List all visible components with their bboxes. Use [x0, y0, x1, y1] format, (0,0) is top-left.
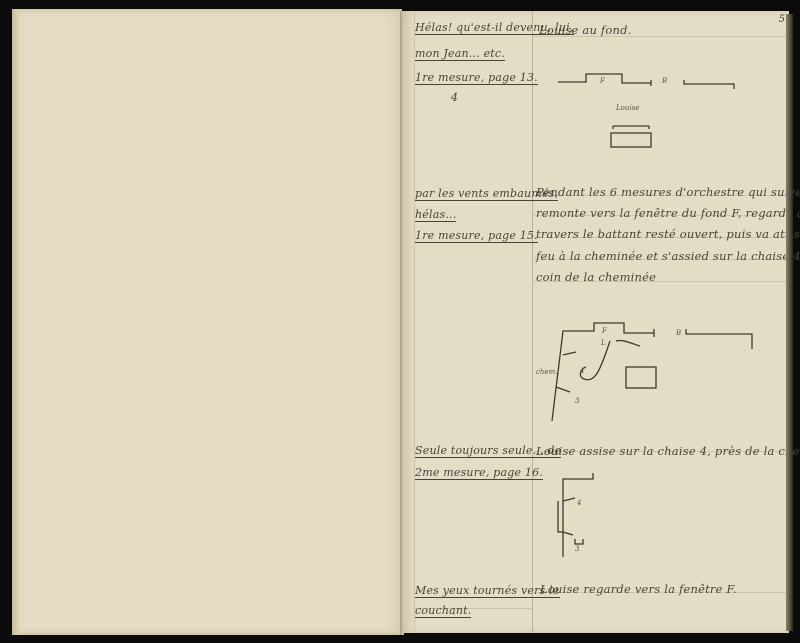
stage-direction: feu à la cheminée et s'assied sur la cha…: [536, 249, 800, 263]
stage-direction: Pendant les 6 mesures d'orchestre qui su…: [536, 185, 800, 199]
chair-3-label: 3: [575, 397, 580, 405]
left-page: [12, 9, 402, 635]
window-label: F: [601, 327, 608, 335]
cue-line: Mes yeux tournés vers le: [415, 584, 560, 598]
figure-label: Louise: [615, 104, 639, 112]
stage-diagram-1: F B Louise: [558, 73, 758, 153]
stage-diagram-3: 4 3: [553, 477, 613, 557]
cue-note: 4: [451, 91, 458, 104]
stage-direction: Louise regarde vers la fenêtre F.: [540, 582, 737, 596]
cue-line: mon Jean... etc.: [415, 47, 505, 61]
chair-4-label: 4: [579, 367, 584, 375]
stage-diagram-2: F B L 4 3 chem.: [540, 311, 770, 421]
cue-line: 1re mesure, page 13.: [415, 71, 538, 85]
position-label: L: [600, 339, 606, 347]
fireplace-label: chem.: [536, 368, 557, 376]
page-stack-edge: [786, 14, 793, 631]
page-number: 5: [779, 14, 785, 25]
stage-direction: travers le battant resté ouvert, puis va…: [536, 227, 800, 241]
stage-direction: Louise assise sur la chaise 4, près de l…: [536, 444, 800, 458]
right-page: 5 Hélas! qu'est-il devenu, lui, mon Jean…: [403, 11, 789, 633]
door-label: B: [675, 329, 681, 337]
cue-line: couchant.: [415, 604, 471, 618]
stage-direction: Louise au fond.: [539, 23, 632, 37]
chair-4-label: 4: [576, 499, 581, 507]
stage-direction: remonte vers la fenêtre du fond F, regar…: [536, 206, 800, 220]
chair-3-label: 3: [575, 545, 580, 553]
window-label: F: [599, 77, 606, 85]
cue-line: 2me mesure, page 16.: [415, 466, 543, 480]
cue-line: 1re mesure, page 15.: [415, 229, 538, 243]
margin-rule: [414, 11, 415, 633]
door-label: B: [661, 77, 667, 85]
left-page-edge: [12, 9, 18, 635]
stage-direction: coin de la cheminée: [536, 270, 656, 284]
column-divider: [532, 11, 533, 633]
cue-line: hélas...: [415, 208, 456, 222]
